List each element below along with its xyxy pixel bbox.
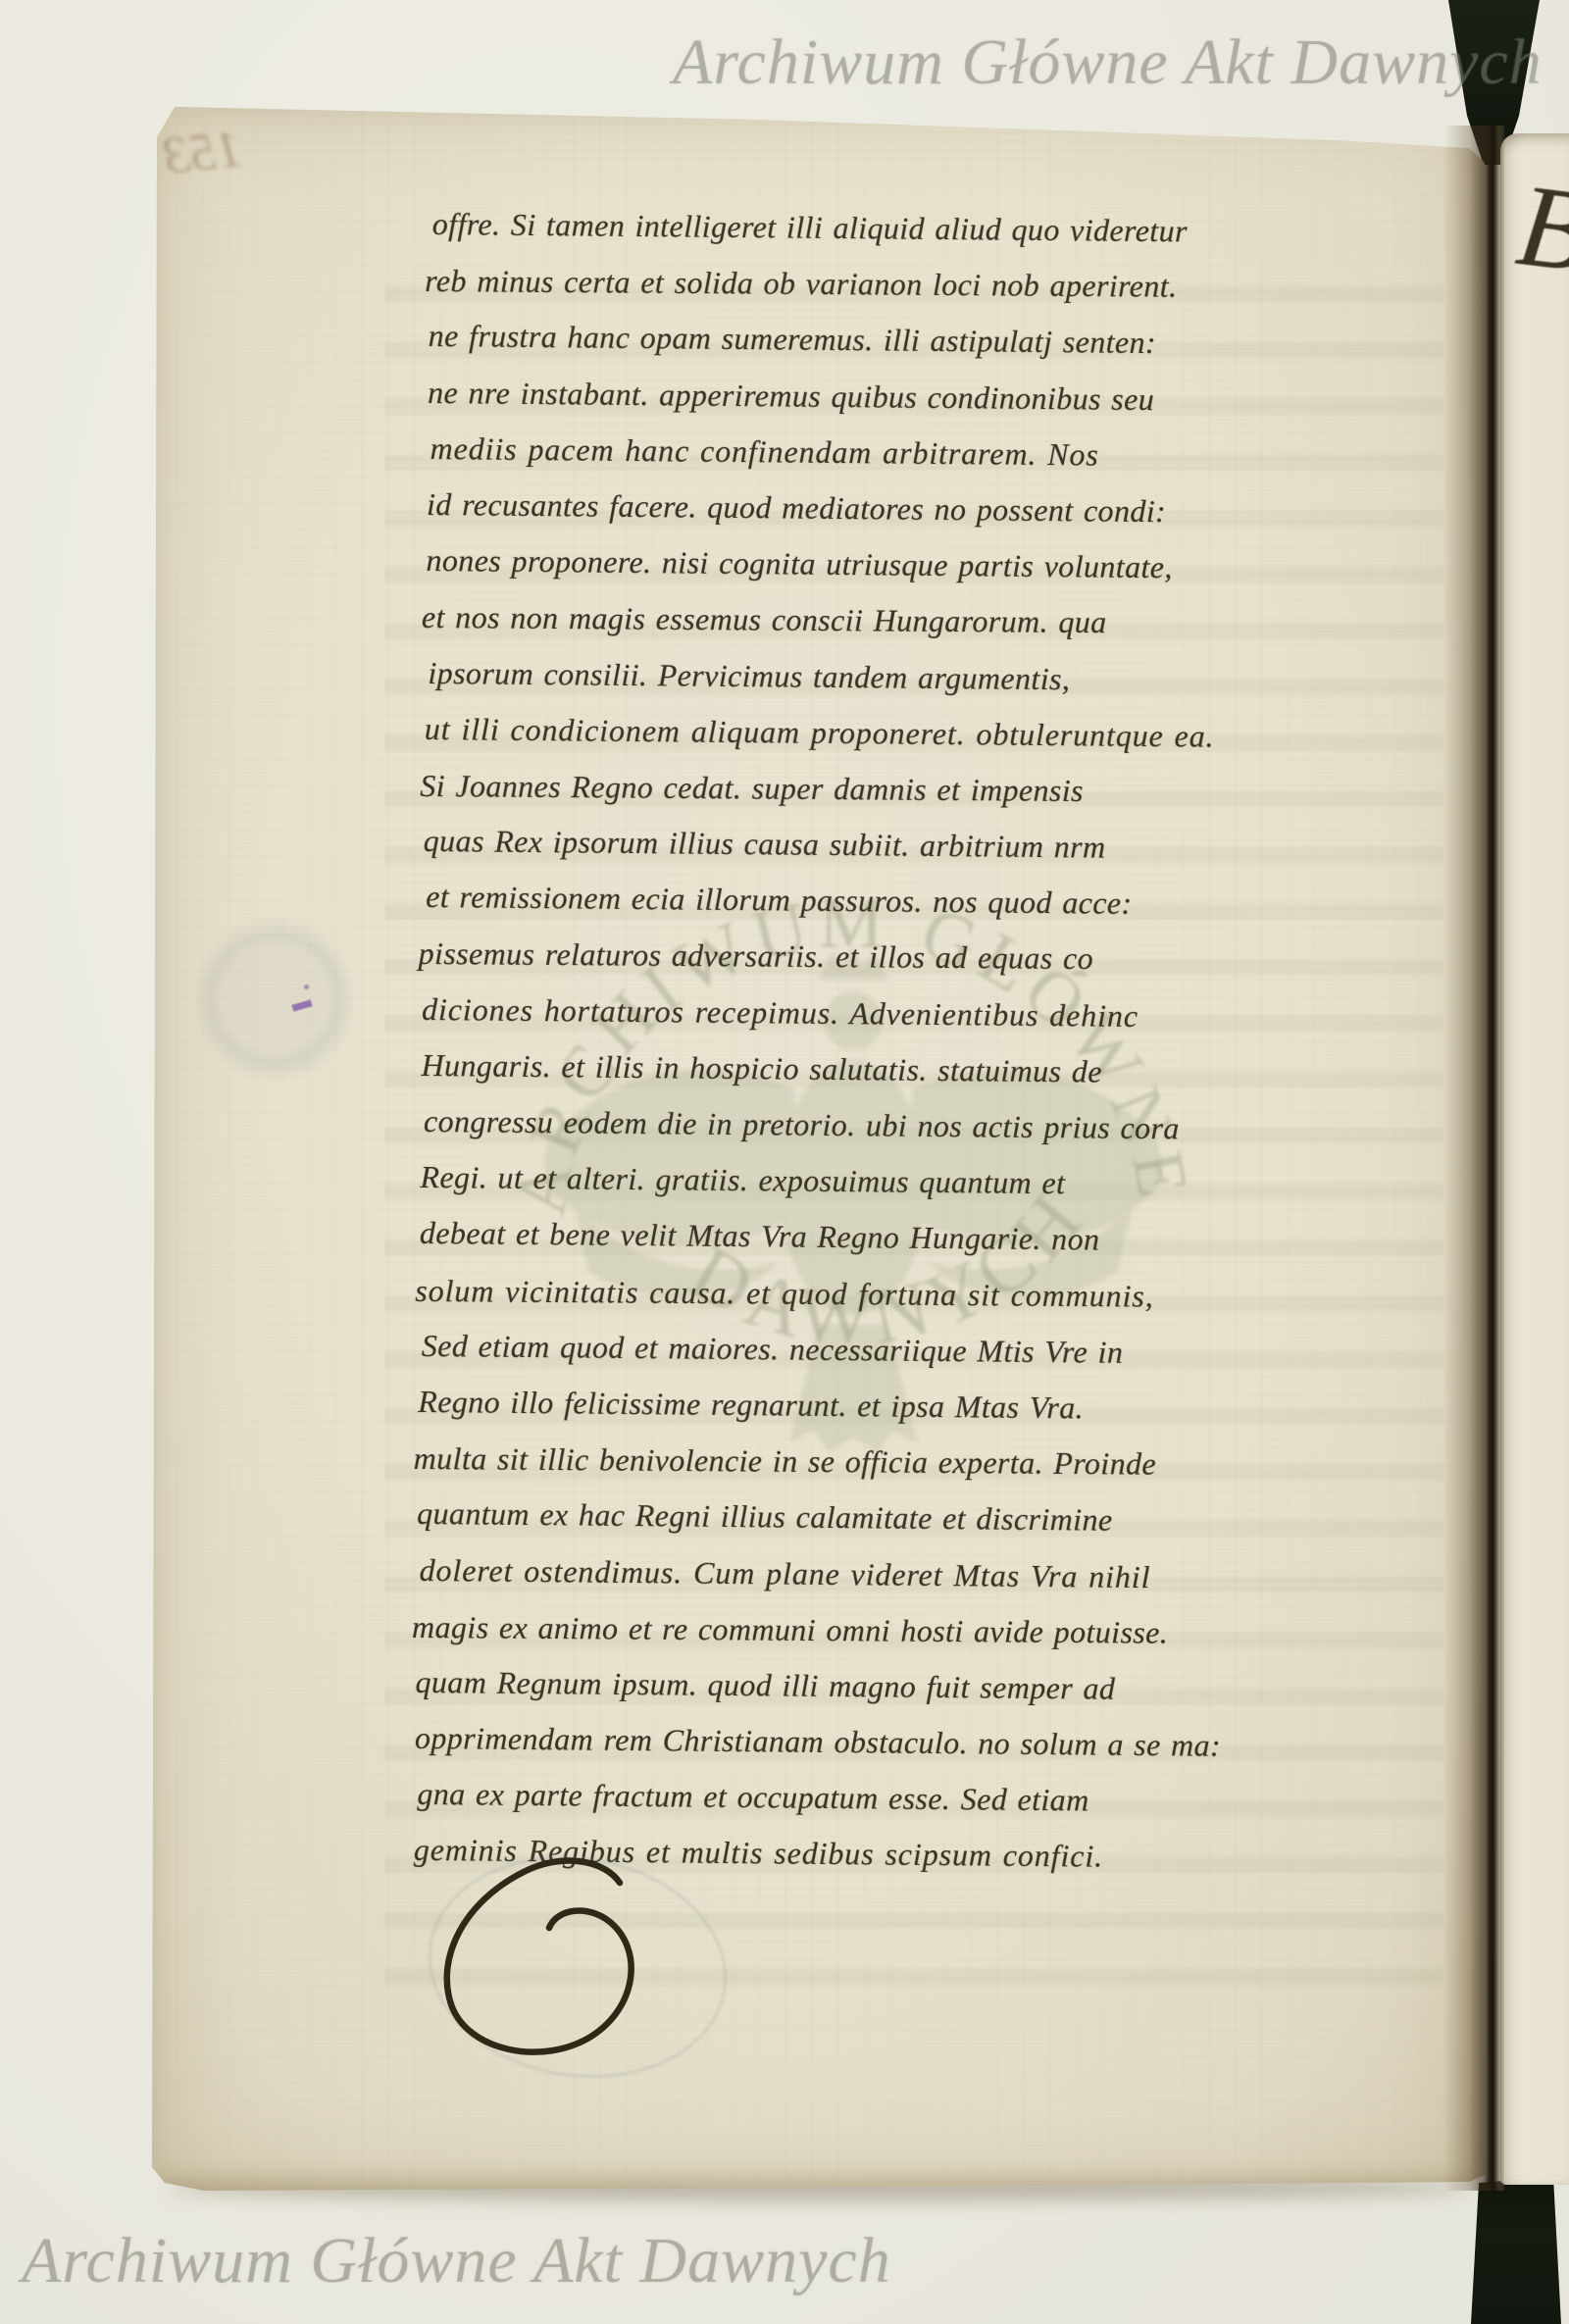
manuscript-line: Si Joannes Regno cedat. super damnis et … [420, 768, 1391, 832]
manuscript-line: gna ex parte fractum et occupatum esse. … [417, 1776, 1389, 1842]
manuscript-line: ne nre instabant. apperiremus quibus con… [428, 375, 1399, 440]
manuscript-line: quas Rex ipsorum illius causa subiit. ar… [423, 823, 1394, 888]
manuscript-line: id recusantes facere. quod mediatores no… [427, 486, 1398, 552]
manuscript-line: congressu eodem die in pretorio. ubi nos… [424, 1103, 1395, 1169]
scan-background: 153 ARCHIWUM GŁÓWNE [0, 0, 1569, 2324]
binding-strap-bottom [1467, 2169, 1565, 2324]
archive-watermark-top: Archiwum Główne Akt Dawnych [673, 25, 1543, 100]
manuscript-line: magis ex animo et re communi omni hosti … [412, 1609, 1383, 1673]
manuscript-line: Sed etiam quod et maiores. necessariique… [421, 1328, 1392, 1393]
manuscript-line: multa sit illic benivolencie in se offic… [413, 1440, 1384, 1504]
manuscript-line: diciones hortaturos recepimus. Advenient… [422, 991, 1393, 1057]
purple-ink-dot [304, 985, 309, 989]
leaf-number-showthrough: 153 [160, 118, 245, 186]
manuscript-line: reb minus certa et solida ob varianon lo… [425, 263, 1395, 327]
manuscript-line: opprimendam rem Christianam obstaculo. n… [415, 1720, 1387, 1786]
facing-page-edge [1500, 133, 1569, 2185]
manuscript-line: quam Regnum ipsum. quod illi magno fuit … [415, 1664, 1387, 1730]
manuscript-line: offre. Si tamen intelligeret illi aliqui… [431, 206, 1403, 272]
pen-flourish [412, 1855, 686, 2081]
round-stamp-ghost [196, 916, 353, 1083]
manuscript-line: mediis pacem hanc confinendam arbitrarem… [430, 430, 1401, 496]
book-gutter-shadow [1443, 126, 1504, 2191]
manuscript-line: nones proponere. nisi cognita utriusque … [426, 542, 1397, 608]
archive-watermark-bottom: Archiwum Główne Akt Dawnych [22, 2224, 891, 2299]
manuscript-line: debeat et bene velit Mtas Vra Regno Hung… [420, 1215, 1392, 1281]
manuscript-line: Hungaris. et illis in hospicio salutatis… [421, 1047, 1392, 1113]
manuscript-line: solum vicinitatis causa. et quod fortuna… [415, 1273, 1386, 1337]
manuscript-text-block: offre. Si tamen intelligeret illi aliqui… [414, 206, 1400, 1897]
manuscript-line: Regno illo felicissime regnarunt. et ips… [418, 1384, 1390, 1449]
manuscript-line: pissemus relaturos adversariis. et illos… [418, 935, 1389, 999]
manuscript-line: ipsorum consilii. Pervicimus tandem argu… [428, 655, 1399, 721]
manuscript-line: ut illi condicionem aliquam proponeret. … [425, 711, 1396, 777]
manuscript-line: quantum ex hac Regni illius calamitate e… [417, 1495, 1389, 1561]
manuscript-line: ne frustra hanc opam sumeremus. illi ast… [428, 318, 1399, 383]
manuscript-line: et remissionem ecia illorum passuros. no… [426, 879, 1397, 944]
manuscript-page: 153 ARCHIWUM GŁÓWNE [149, 104, 1485, 2191]
manuscript-line: et nos non magis essemus conscii Hungaro… [422, 599, 1392, 663]
manuscript-line: doleret ostendimus. Cum plane videret Mt… [419, 1551, 1391, 1617]
manuscript-line: Regi. ut et alteri. gratiis. exposuimus … [420, 1159, 1392, 1225]
